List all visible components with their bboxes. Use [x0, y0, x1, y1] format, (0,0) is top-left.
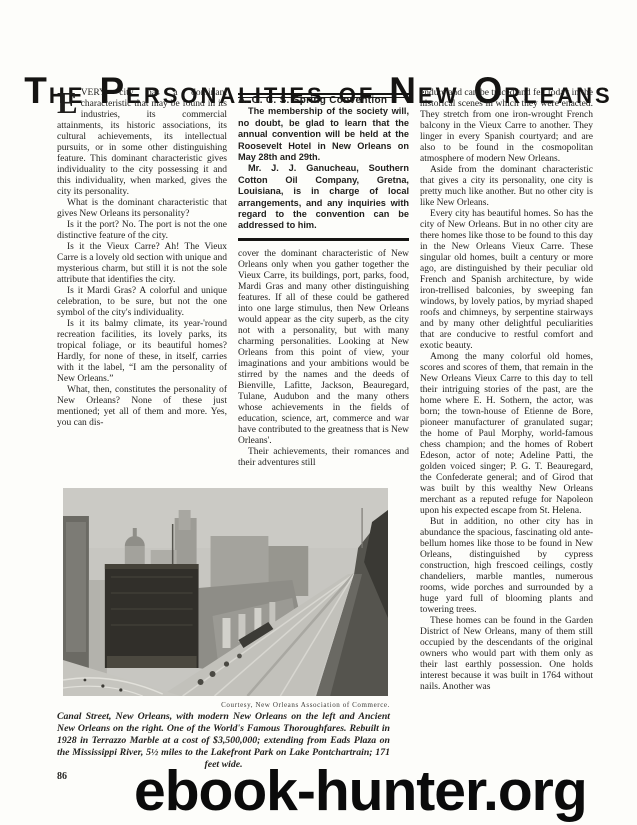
convention-paragraphs: The membership of the society will, no d…: [238, 106, 409, 231]
watermark-text: ebook-hunter.org: [134, 758, 587, 824]
canal-street-figure: Courtesy, New Orleans Association of Com…: [57, 488, 390, 771]
paragraph: What, then, constitutes the personality …: [57, 385, 227, 429]
photo-courtesy: Courtesy, New Orleans Association of Com…: [57, 701, 390, 709]
paragraph: Is it the Vieux Carre? Ah! The Vieux Car…: [57, 242, 227, 286]
column-2: A. O. C. S. Spring Convention The member…: [238, 88, 409, 469]
paragraph: Aside from the dominant characteristic t…: [420, 165, 593, 209]
box-top-rule: [238, 93, 409, 95]
paragraph: But in addition, no other city has in ab…: [420, 517, 593, 616]
column-3: endure and can be traced and felt today …: [420, 88, 593, 693]
paragraph: What is the dominant characteristic that…: [57, 198, 227, 220]
paragraph: These homes can be found in the Garden D…: [420, 616, 593, 693]
paragraph: Is it its balmy climate, its year-'round…: [57, 319, 227, 385]
drop-cap: E: [57, 88, 81, 116]
box-bottom-rule: [238, 238, 409, 241]
column-1-paragraphs: What is the dominant characteristic that…: [57, 198, 227, 429]
column-3-paragraphs: endure and can be traced and felt today …: [420, 88, 593, 693]
opening-text: VERY city has a dominant characteristic …: [57, 88, 227, 197]
page-number: 86: [57, 771, 67, 782]
paragraph: Is it the port? No. The port is not the …: [57, 220, 227, 242]
paragraph: Mr. J. J. Ganucheau, Southern Cotton Oil…: [238, 163, 409, 231]
column-1: EVERY city has a dominant characteristic…: [57, 88, 227, 429]
paragraph: cover the dominant characteristic of New…: [238, 249, 409, 447]
magazine-page: THEPERSONALITIESOFNEWORLEANS EVERY city …: [0, 0, 637, 825]
paragraph: endure and can be traced and felt today …: [420, 88, 593, 165]
column-2-paragraphs: cover the dominant characteristic of New…: [238, 249, 409, 469]
convention-box: A. O. C. S. Spring Convention The member…: [238, 93, 409, 241]
paragraph: Every city has beautiful homes. So has t…: [420, 209, 593, 352]
opening-paragraph: EVERY city has a dominant characteristic…: [57, 88, 227, 198]
paragraph: Their achievements, their romances and t…: [238, 447, 409, 469]
paragraph: The membership of the society will, no d…: [238, 106, 409, 163]
canal-street-photo: [63, 488, 388, 696]
paragraph: Is it Mardi Gras? A colorful and unique …: [57, 286, 227, 319]
paragraph: Among the many colorful old homes, score…: [420, 352, 593, 517]
